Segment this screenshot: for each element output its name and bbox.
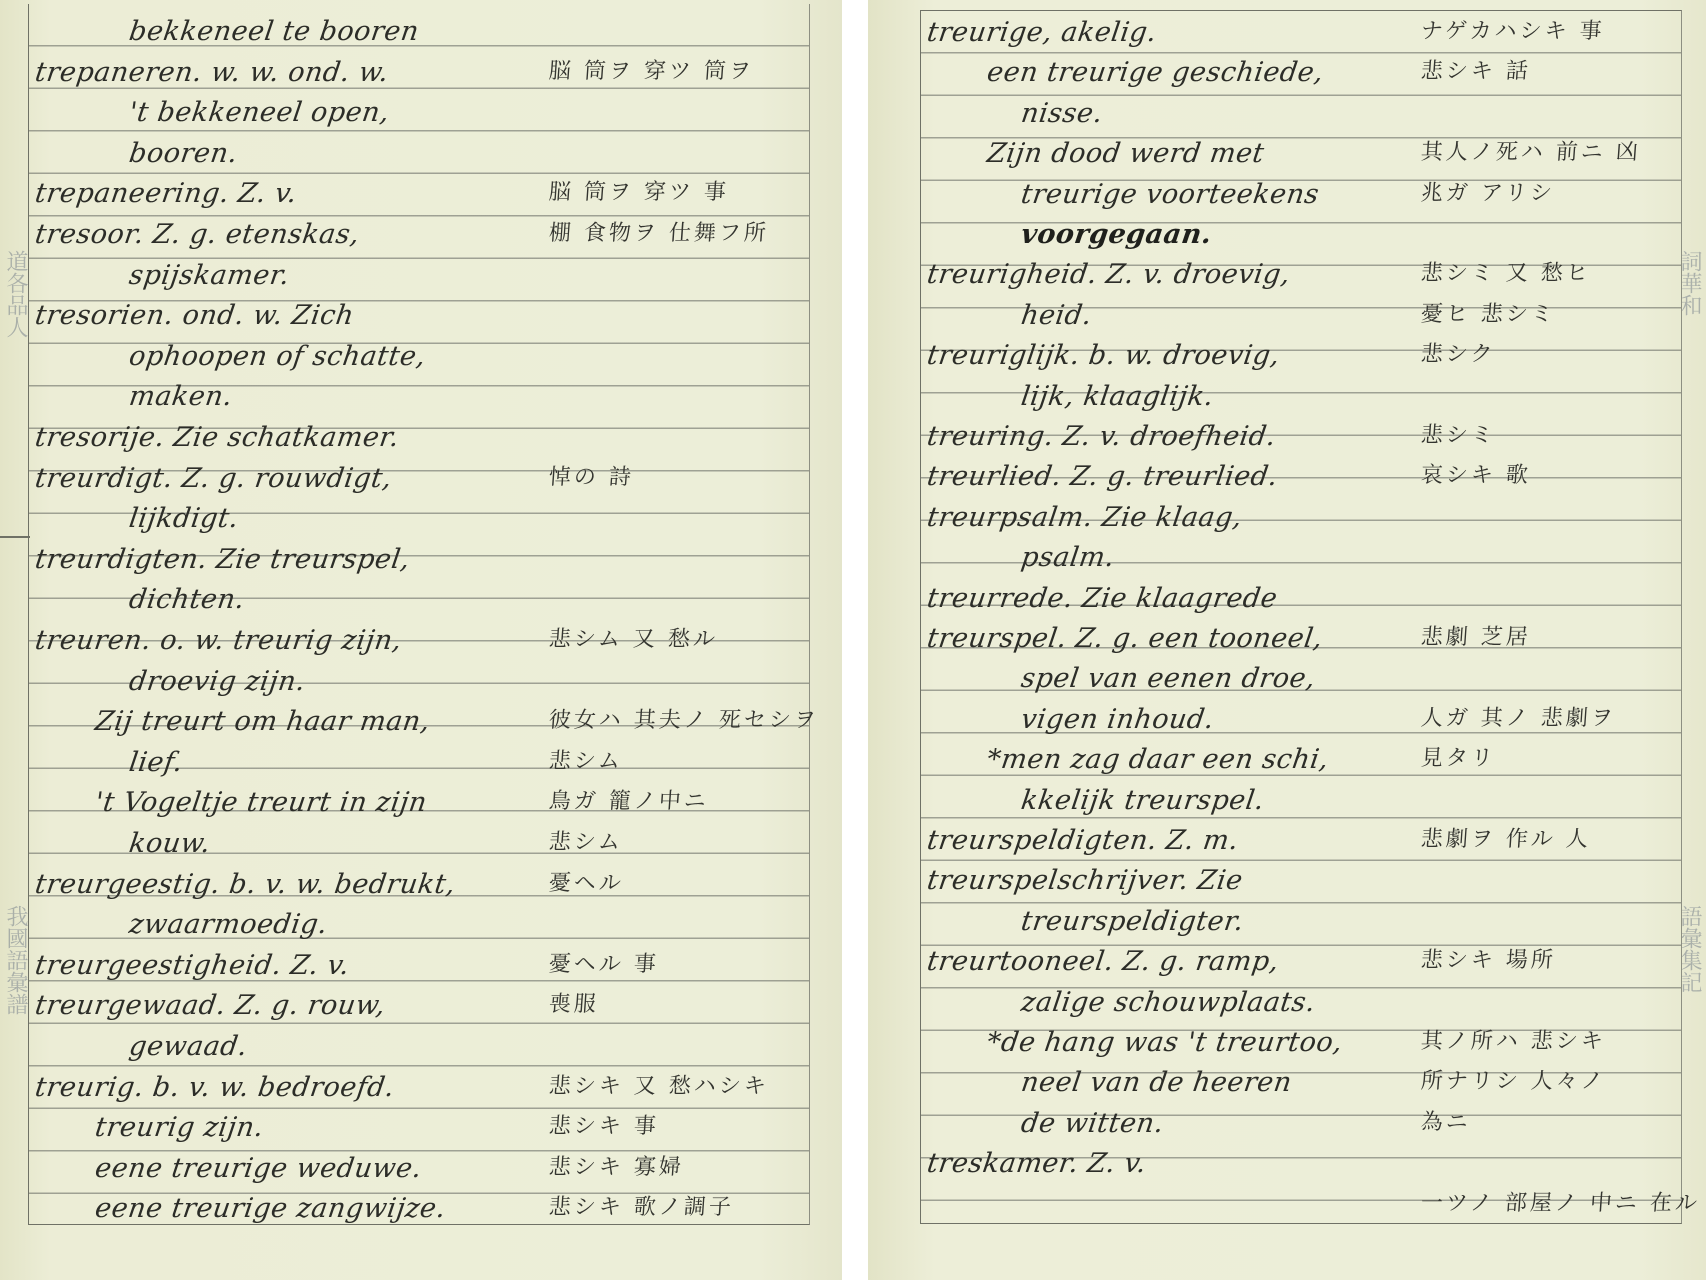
dutch-headword-text: ophoopen of schatte,	[126, 341, 427, 377]
dutch-headword-text: Zij treurt om haar man,	[92, 706, 432, 742]
dictionary-entry: heid.憂ヒ 悲シミ	[921, 294, 1681, 336]
dutch-headword-text: treurig. b. v. w. bedroefd.	[32, 1072, 396, 1108]
dutch-headword-text: voorgegaan.	[1018, 219, 1213, 255]
japanese-gloss-text: 悲シミ 又 愁ヒ	[1420, 256, 1592, 287]
dutch-headword-text: zwaarmoedig.	[126, 909, 329, 945]
japanese-gloss-text: 悲シキ 場所	[1420, 943, 1557, 974]
japanese-gloss-text: 鳥ガ 籠ノ中ニ	[548, 784, 710, 815]
dutch-headword-text: treurspeldigten. Z. m.	[924, 825, 1240, 861]
dutch-headword-text: *men zag daar een schi,	[984, 744, 1330, 780]
dictionary-entry: Zij treurt om haar man,彼女ハ 其夫ノ 死セシヲ	[29, 700, 809, 742]
japanese-gloss-text: 悲シキ 話	[1420, 54, 1532, 85]
japanese-gloss-text: 所ナリシ 人々ノ	[1420, 1064, 1607, 1095]
dutch-headword-text: treurgewaad. Z. g. rouw,	[32, 990, 387, 1026]
dutch-headword-text: kouw.	[126, 828, 212, 864]
dutch-headword-text: zalige schouwplaats.	[1018, 987, 1317, 1023]
japanese-gloss-text: 悼の 詩	[548, 460, 635, 491]
dutch-headword-text: treurigheid. Z. v. droevig,	[924, 259, 1292, 295]
dictionary-entry: neel van de heeren所ナリシ 人々ノ	[921, 1061, 1681, 1103]
dictionary-entry: treurspel. Z. g. een tooneel,悲劇 芝居	[921, 617, 1681, 659]
japanese-gloss-text: 悲シム	[548, 825, 624, 856]
dictionary-entry: lijk, klaaglijk.	[921, 375, 1681, 417]
dutch-headword-text: bekkeneel te booren	[126, 16, 421, 52]
dutch-headword-text: treurpsalm. Zie klaag,	[924, 502, 1244, 538]
dutch-headword-text: spel van eenen droe,	[1018, 663, 1317, 699]
dutch-headword-text: een treurige geschiede,	[984, 57, 1325, 93]
dictionary-entry: 't bekkeneel open,	[29, 91, 809, 133]
dutch-headword-text: treurtooneel. Z. g. ramp,	[924, 946, 1280, 982]
dictionary-entry: treurgewaad. Z. g. rouw,喪服	[29, 984, 809, 1026]
dictionary-entry: booren.	[29, 132, 809, 174]
dictionary-entry: een treurige geschiede,悲シキ 話	[921, 51, 1681, 93]
japanese-gloss-text: 一ツノ 部屋ノ 中ニ 在ル 小サキ 部屋	[1420, 1186, 1706, 1217]
dutch-headword-text: psalm.	[1018, 542, 1116, 578]
left-margin-print-top: 道各品人	[0, 250, 30, 338]
dutch-headword-text: neel van de heeren	[1018, 1067, 1293, 1103]
dictionary-entry: kkelijk treurspel.	[921, 779, 1681, 821]
dutch-headword-text: treurige, akelig.	[924, 17, 1158, 53]
dictionary-entry: treurspeldigten. Z. m.悲劇ヲ 作ル 人	[921, 819, 1681, 861]
japanese-gloss-text: 憂ヒ 悲シミ	[1420, 297, 1557, 328]
dutch-headword-text: tresoor. Z. g. etenskas,	[32, 219, 361, 255]
dutch-headword-text: trepaneren. w. w. ond. w.	[32, 57, 390, 93]
dutch-headword-text: treurdigt. Z. g. rouwdigt,	[32, 463, 394, 499]
japanese-gloss-text: 人ガ 其ノ 悲劇ヲ	[1420, 701, 1617, 732]
dutch-headword-text: *de hang was 't treurtoo,	[984, 1027, 1344, 1063]
japanese-gloss-text: 兆ガ アリシ	[1420, 176, 1556, 207]
left-margin-print-bottom: 我國語彙譜	[0, 905, 30, 1015]
dictionary-entry: treurig. b. v. w. bedroefd.悲シキ 又 愁ハシキ	[29, 1066, 809, 1108]
japanese-gloss-text: 見タリ	[1420, 741, 1497, 772]
japanese-gloss-text: 憂ヘル 事	[548, 947, 660, 978]
japanese-gloss-text: 其人ノ死ハ 前ニ 凶	[1420, 135, 1642, 166]
japanese-gloss-text: 脳 筒ヲ 穿ツ 筒ヲ	[548, 54, 755, 85]
dutch-headword-text: kkelijk treurspel.	[1018, 785, 1266, 821]
dictionary-entry: spijskamer.	[29, 254, 809, 296]
japanese-gloss-text: 悲シキ 事	[548, 1109, 660, 1140]
margin-tick	[0, 536, 30, 538]
japanese-gloss-text: 悲シキ 寡婦	[548, 1150, 685, 1181]
dutch-headword-text: treskamer. Z. v.	[924, 1148, 1148, 1184]
dictionary-entry: maken.	[29, 375, 809, 417]
dutch-headword-text: droevig zijn.	[126, 666, 307, 702]
dictionary-entry: treurige voorteekens兆ガ アリシ	[921, 173, 1681, 215]
dutch-headword-text: treurige voorteekens	[1018, 179, 1321, 215]
dictionary-entry: treurige, akelig.ナゲカハシキ 事	[921, 11, 1681, 53]
dutch-headword-text: tresorien. ond. w. Zich	[32, 300, 356, 336]
japanese-gloss-text: 脳 筒ヲ 穿ツ 事	[548, 175, 730, 206]
left-page: 道各品人 我國語彙譜 bekkeneel te boorentrepaneren…	[0, 0, 842, 1280]
dictionary-entry: tresorien. ond. w. Zich	[29, 294, 809, 336]
dictionary-entry: nisse.	[921, 92, 1681, 134]
dictionary-entry: treuriglijk. b. w. droevig,悲シク	[921, 334, 1681, 376]
right-page: 詞華和 語彙集記 treurige, akelig.ナゲカハシキ 事een tr…	[868, 0, 1706, 1280]
dutch-headword-text	[1021, 1221, 1022, 1225]
japanese-gloss-text: 悲シキ 歌ノ調子	[548, 1190, 735, 1221]
dutch-headword-text: vigen inhoud.	[1018, 704, 1216, 740]
dictionary-entry: treurspelschrijver. Zie	[921, 859, 1681, 901]
dictionary-entry: lief.悲シム	[29, 741, 809, 783]
dictionary-entry: droevig zijn.	[29, 660, 809, 702]
japanese-gloss-text: 悲シミ	[1420, 418, 1497, 449]
dictionary-entry: treurgeestigheid. Z. v.憂ヘル 事	[29, 944, 809, 986]
dictionary-entry: treskamer. Z. v.	[921, 1142, 1681, 1184]
dictionary-entry: treurspeldigter.	[921, 900, 1681, 942]
japanese-gloss-text: 悲シク	[1420, 337, 1497, 368]
dutch-headword-text: dichten.	[126, 584, 246, 620]
dictionary-entry: treuren. o. w. treurig zijn,悲シム 又 愁ル	[29, 619, 809, 661]
dutch-headword-text: treurspelschrijver. Zie	[924, 865, 1244, 901]
dictionary-entry: 一ツノ 部屋ノ 中ニ 在ル 小サキ 部屋	[921, 1183, 1681, 1225]
dictionary-entry: tresoor. Z. g. etenskas,棚 食物ヲ 仕舞フ所	[29, 213, 809, 255]
dictionary-entry: *men zag daar een schi,見タリ	[921, 738, 1681, 780]
dictionary-entry: treurigheid. Z. v. droevig,悲シミ 又 愁ヒ	[921, 253, 1681, 295]
dictionary-entry: treurlied. Z. g. treurlied.哀シキ 歌	[921, 455, 1681, 497]
japanese-gloss-text: 喪服	[548, 987, 600, 1018]
japanese-gloss-text: 其ノ所ハ 悲シキ	[1420, 1024, 1607, 1055]
dutch-headword-text: booren.	[126, 138, 239, 174]
dutch-headword-text: treurgeestigheid. Z. v.	[32, 950, 351, 986]
dictionary-entry: treurtooneel. Z. g. ramp,悲シキ 場所	[921, 940, 1681, 982]
japanese-gloss-text: 棚 食物ヲ 仕舞フ所	[548, 216, 770, 247]
dictionary-entry: gewaad.	[29, 1025, 809, 1067]
dutch-headword-text: lief.	[126, 747, 184, 783]
dictionary-entry: treurdigt. Z. g. rouwdigt,悼の 詩	[29, 457, 809, 499]
dutch-headword-text: treuring. Z. v. droefheid.	[924, 421, 1278, 457]
page-gutter	[842, 0, 868, 1280]
dutch-headword-text: Zijn dood werd met	[984, 138, 1266, 174]
right-entries: treurige, akelig.ナゲカハシキ 事een treurige ge…	[921, 11, 1681, 1223]
dictionary-entry: treurig zijn.悲シキ 事	[29, 1106, 809, 1148]
dictionary-entry: zwaarmoedig.	[29, 903, 809, 945]
dictionary-entry: dichten.	[29, 578, 809, 620]
dutch-headword-text: heid.	[1018, 300, 1093, 336]
dictionary-entry: ophoopen of schatte,	[29, 335, 809, 377]
dictionary-entry: treurrede. Zie klaagrede	[921, 577, 1681, 619]
dictionary-entry: treurgeestig. b. v. w. bedrukt,憂ヘル	[29, 863, 809, 905]
dutch-headword-text: treurlied. Z. g. treurlied.	[924, 461, 1279, 497]
dictionary-entry: kouw.悲シム	[29, 822, 809, 864]
japanese-gloss-text: 彼女ハ 其夫ノ 死セシヲ	[548, 703, 820, 734]
dutch-headword-text: lijkdigt.	[126, 503, 240, 539]
dutch-headword-text: de witten.	[1018, 1108, 1165, 1144]
dictionary-entry: trepaneering. Z. v.脳 筒ヲ 穿ツ 事	[29, 172, 809, 214]
dutch-headword-text: lijk, klaaglijk.	[1018, 381, 1215, 417]
dutch-headword-text: treuriglijk. b. w. droevig,	[924, 340, 1281, 376]
dictionary-entry: de witten.為ニ	[921, 1102, 1681, 1144]
japanese-gloss-text: 為ニ	[1420, 1105, 1472, 1136]
dictionary-entry: Zijn dood werd met其人ノ死ハ 前ニ 凶	[921, 132, 1681, 174]
dutch-headword-text: treurspel. Z. g. een tooneel,	[924, 623, 1324, 659]
manuscript-spread: 道各品人 我國語彙譜 bekkeneel te boorentrepaneren…	[0, 0, 1706, 1280]
left-ruled-area: bekkeneel te boorentrepaneren. w. w. ond…	[28, 4, 810, 1225]
dutch-headword-text: nisse.	[1018, 98, 1104, 134]
japanese-gloss-text: 悲シキ 又 愁ハシキ	[548, 1069, 770, 1100]
dutch-headword-text: eene treurige zangwijze.	[92, 1193, 447, 1229]
dictionary-entry: treurpsalm. Zie klaag,	[921, 496, 1681, 538]
dictionary-entry: eene treurige zangwijze.悲シキ 歌ノ調子	[29, 1187, 809, 1229]
japanese-gloss-text: 悲シム	[548, 744, 624, 775]
dictionary-entry: *de hang was 't treurtoo,其ノ所ハ 悲シキ	[921, 1021, 1681, 1063]
dutch-headword-text: treuren. o. w. treurig zijn,	[32, 625, 403, 661]
dutch-headword-text: treurrede. Zie klaagrede	[924, 583, 1279, 619]
dictionary-entry: psalm.	[921, 536, 1681, 578]
dutch-headword-text: 't bekkeneel open,	[126, 97, 391, 133]
dictionary-entry: trepaneren. w. w. ond. w.脳 筒ヲ 穿ツ 筒ヲ	[29, 51, 809, 93]
japanese-gloss-text: ナゲカハシキ 事	[1420, 14, 1606, 45]
dutch-headword-text: gewaad.	[126, 1031, 249, 1067]
japanese-gloss-text: 悲劇ヲ 作ル 人	[1420, 822, 1592, 853]
dutch-headword-text: treurdigten. Zie treurspel,	[32, 544, 412, 580]
dutch-headword-text: treurspeldigter.	[1018, 906, 1245, 942]
dictionary-entry: tresorije. Zie schatkamer.	[29, 416, 809, 458]
japanese-gloss-text: 哀シキ 歌	[1420, 458, 1532, 489]
japanese-gloss-text: 悲劇 芝居	[1420, 620, 1532, 651]
left-entries: bekkeneel te boorentrepaneren. w. w. ond…	[29, 4, 809, 1224]
dutch-headword-text: tresorije. Zie schatkamer.	[32, 422, 401, 458]
dutch-headword-text: trepaneering. Z. v.	[32, 178, 298, 214]
dutch-headword-text: treurig zijn.	[92, 1112, 265, 1148]
dictionary-entry: treurdigten. Zie treurspel,	[29, 538, 809, 580]
dictionary-entry: spel van eenen droe,	[921, 657, 1681, 699]
right-ruled-area: treurige, akelig.ナゲカハシキ 事een treurige ge…	[920, 10, 1682, 1224]
dictionary-entry: zalige schouwplaats.	[921, 981, 1681, 1023]
dictionary-entry: voorgegaan.	[921, 213, 1681, 255]
dutch-headword-text: spijskamer.	[126, 260, 291, 296]
dutch-headword-text: treurgeestig. b. v. w. bedrukt,	[32, 869, 457, 905]
dictionary-entry: bekkeneel te booren	[29, 10, 809, 52]
dictionary-entry: treuring. Z. v. droefheid.悲シミ	[921, 415, 1681, 457]
dictionary-entry: eene treurige weduwe.悲シキ 寡婦	[29, 1147, 809, 1189]
dictionary-entry: lijkdigt.	[29, 497, 809, 539]
dictionary-entry: vigen inhoud.人ガ 其ノ 悲劇ヲ	[921, 698, 1681, 740]
dictionary-entry: 't Vogeltje treurt in zijn鳥ガ 籠ノ中ニ	[29, 781, 809, 823]
dutch-headword-text: 't Vogeltje treurt in zijn	[92, 787, 429, 823]
dutch-headword-text: maken.	[126, 381, 234, 417]
japanese-gloss-text: 悲シム 又 愁ル	[548, 622, 719, 653]
japanese-gloss-text: 憂ヘル	[548, 866, 625, 897]
dutch-headword-text: eene treurige weduwe.	[92, 1153, 423, 1189]
